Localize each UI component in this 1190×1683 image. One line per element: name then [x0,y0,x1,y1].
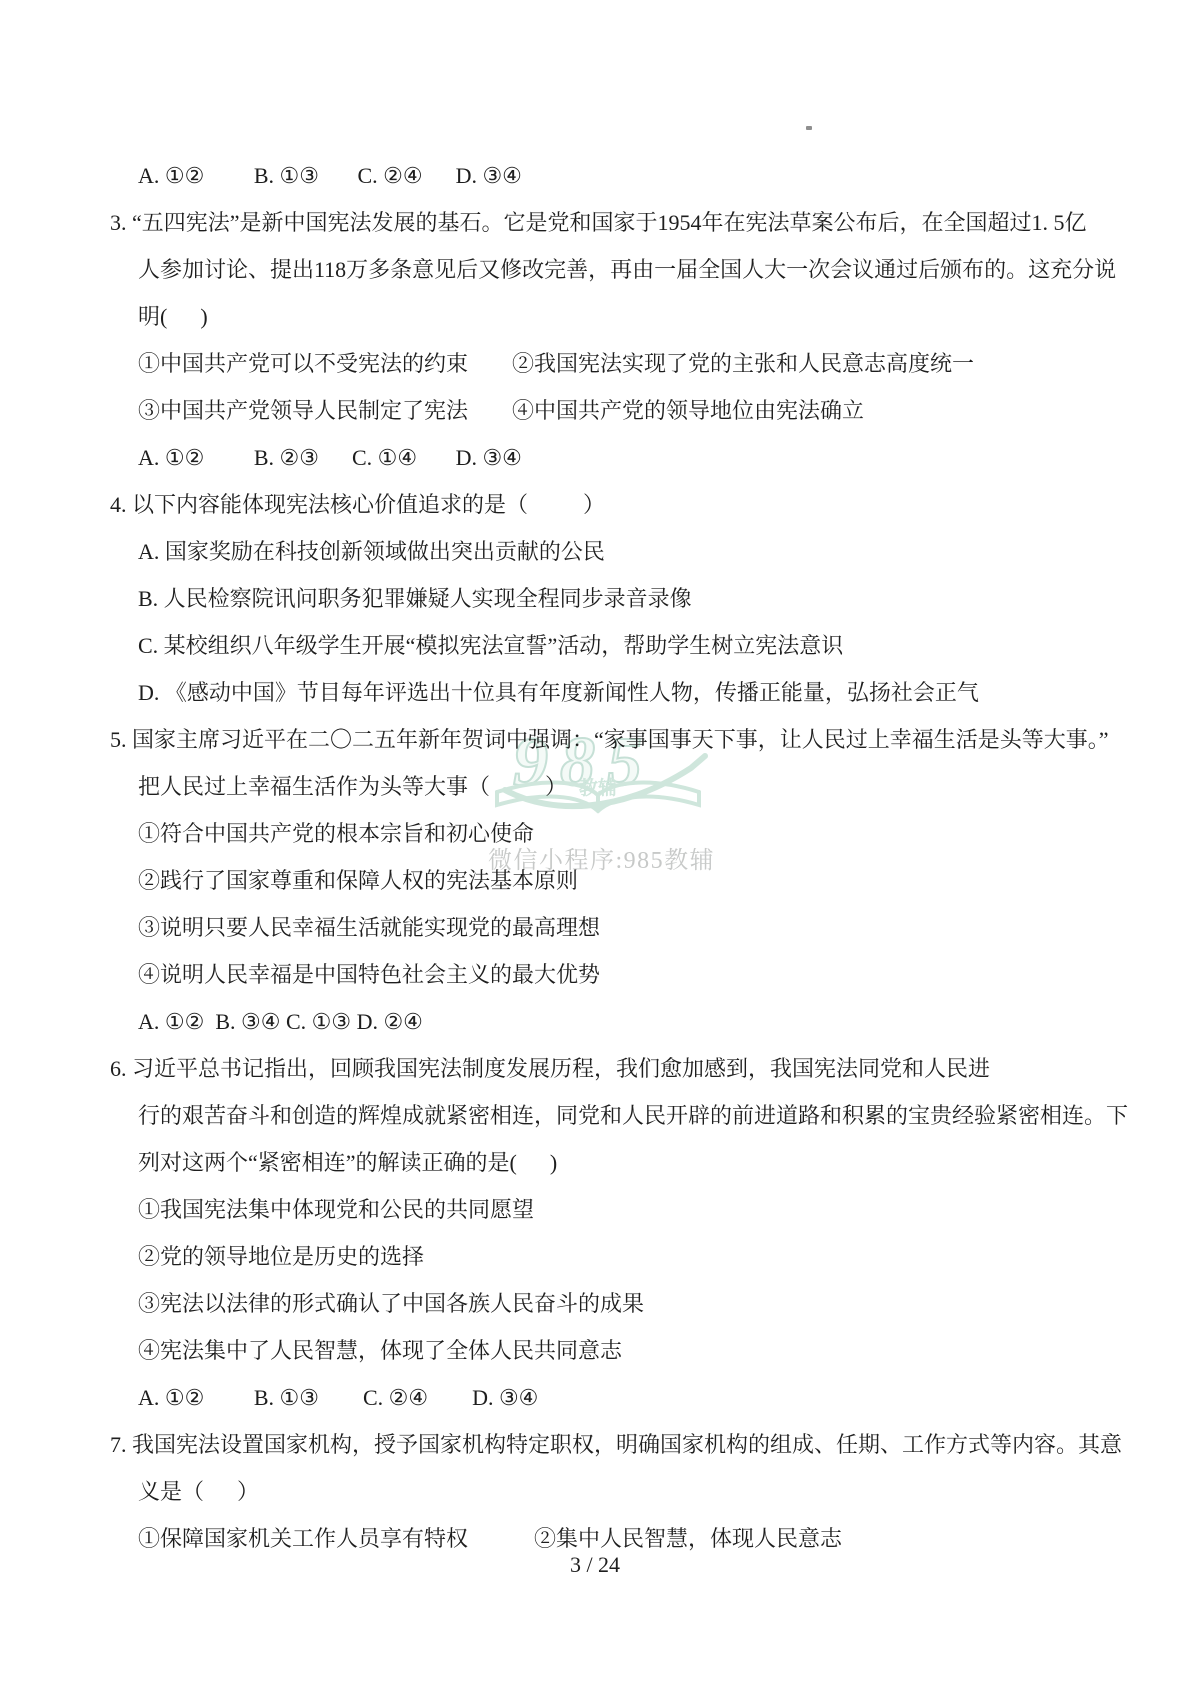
q4-option-b: B. 人民检察院讯问职务犯罪嫌疑人实现全程同步录音录像 [110,575,1170,622]
q4-option-a: A. 国家奖励在科技创新领域做出突出贡献的公民 [110,528,1170,575]
q5-stem-line1: 5. 国家主席习近平在二〇二五年新年贺词中强调：“家事国事天下事，让人民过上幸福… [110,716,1170,763]
q5-answer-row: A. ①② B. ③④ C. ①③ D. ②④ [110,998,1170,1045]
q6-item-1: ①我国宪法集中体现党和公民的共同愿望 [110,1186,1170,1233]
document-body: A. ①② B. ①③ C. ②④ D. ③④ 3. “五四宪法”是新中国宪法发… [110,152,1170,1562]
q3-stem-line2: 人参加讨论、提出118万多条意见后又修改完善，再由一届全国人大一次会议通过后颁布… [110,246,1170,293]
q3-items-3-4: ③中国共产党领导人民制定了宪法 ④中国共产党的领导地位由宪法确立 [110,387,1170,434]
q4-stem: 4. 以下内容能体现宪法核心价值追求的是（ ） [110,481,1170,528]
q7-stem-line1: 7. 我国宪法设置国家机构，授予国家机构特定职权，明确国家机构的组成、任期、工作… [110,1421,1170,1468]
q5-item-1: ①符合中国共产党的根本宗旨和初心使命 [110,810,1170,857]
q3-stem-line1: 3. “五四宪法”是新中国宪法发展的基石。它是党和国家于1954年在宪法草案公布… [110,199,1170,246]
q5-item-3: ③说明只要人民幸福生活就能实现党的最高理想 [110,904,1170,951]
q7-stem-line2: 义是（ ） [110,1468,1170,1515]
q6-item-4: ④宪法集中了人民智慧，体现了全体人民共同意志 [110,1327,1170,1374]
q6-item-3: ③宪法以法律的形式确认了中国各族人民奋斗的成果 [110,1280,1170,1327]
page-number: 3 / 24 [0,1552,1190,1578]
q4-option-c: C. 某校组织八年级学生开展“模拟宪法宣誓”活动，帮助学生树立宪法意识 [110,622,1170,669]
q3-stem-line3: 明( ) [110,293,1170,340]
exam-paper-page: 985 教辅 微信小程序:985教辅 A. ①② B. ①③ C. ②④ D. … [0,0,1190,1683]
scan-artifact-dot [806,126,812,130]
q5-item-4: ④说明人民幸福是中国特色社会主义的最大优势 [110,951,1170,998]
q3-answer-row: A. ①② B. ②③ C. ①④ D. ③④ [110,434,1170,481]
q6-answer-row: A. ①② B. ①③ C. ②④ D. ③④ [110,1374,1170,1421]
q5-item-2: ②践行了国家尊重和保障人权的宪法基本原则 [110,857,1170,904]
q6-stem-line2: 行的艰苦奋斗和创造的辉煌成就紧密相连，同党和人民开辟的前进道路和积累的宝贵经验紧… [110,1092,1170,1139]
q5-stem-line2: 把人民过上幸福生活作为头等大事（ ） [110,763,1170,810]
q2-answer-row: A. ①② B. ①③ C. ②④ D. ③④ [110,152,1170,199]
q6-stem-line1: 6. 习近平总书记指出，回顾我国宪法制度发展历程，我们愈加感到，我国宪法同党和人… [110,1045,1170,1092]
q4-option-d: D. 《感动中国》节目每年评选出十位具有年度新闻性人物，传播正能量，弘扬社会正气 [110,669,1170,716]
q6-stem-line3: 列对这两个“紧密相连”的解读正确的是( ) [110,1139,1170,1186]
q3-items-1-2: ①中国共产党可以不受宪法的约束 ②我国宪法实现了党的主张和人民意志高度统一 [110,340,1170,387]
q6-item-2: ②党的领导地位是历史的选择 [110,1233,1170,1280]
